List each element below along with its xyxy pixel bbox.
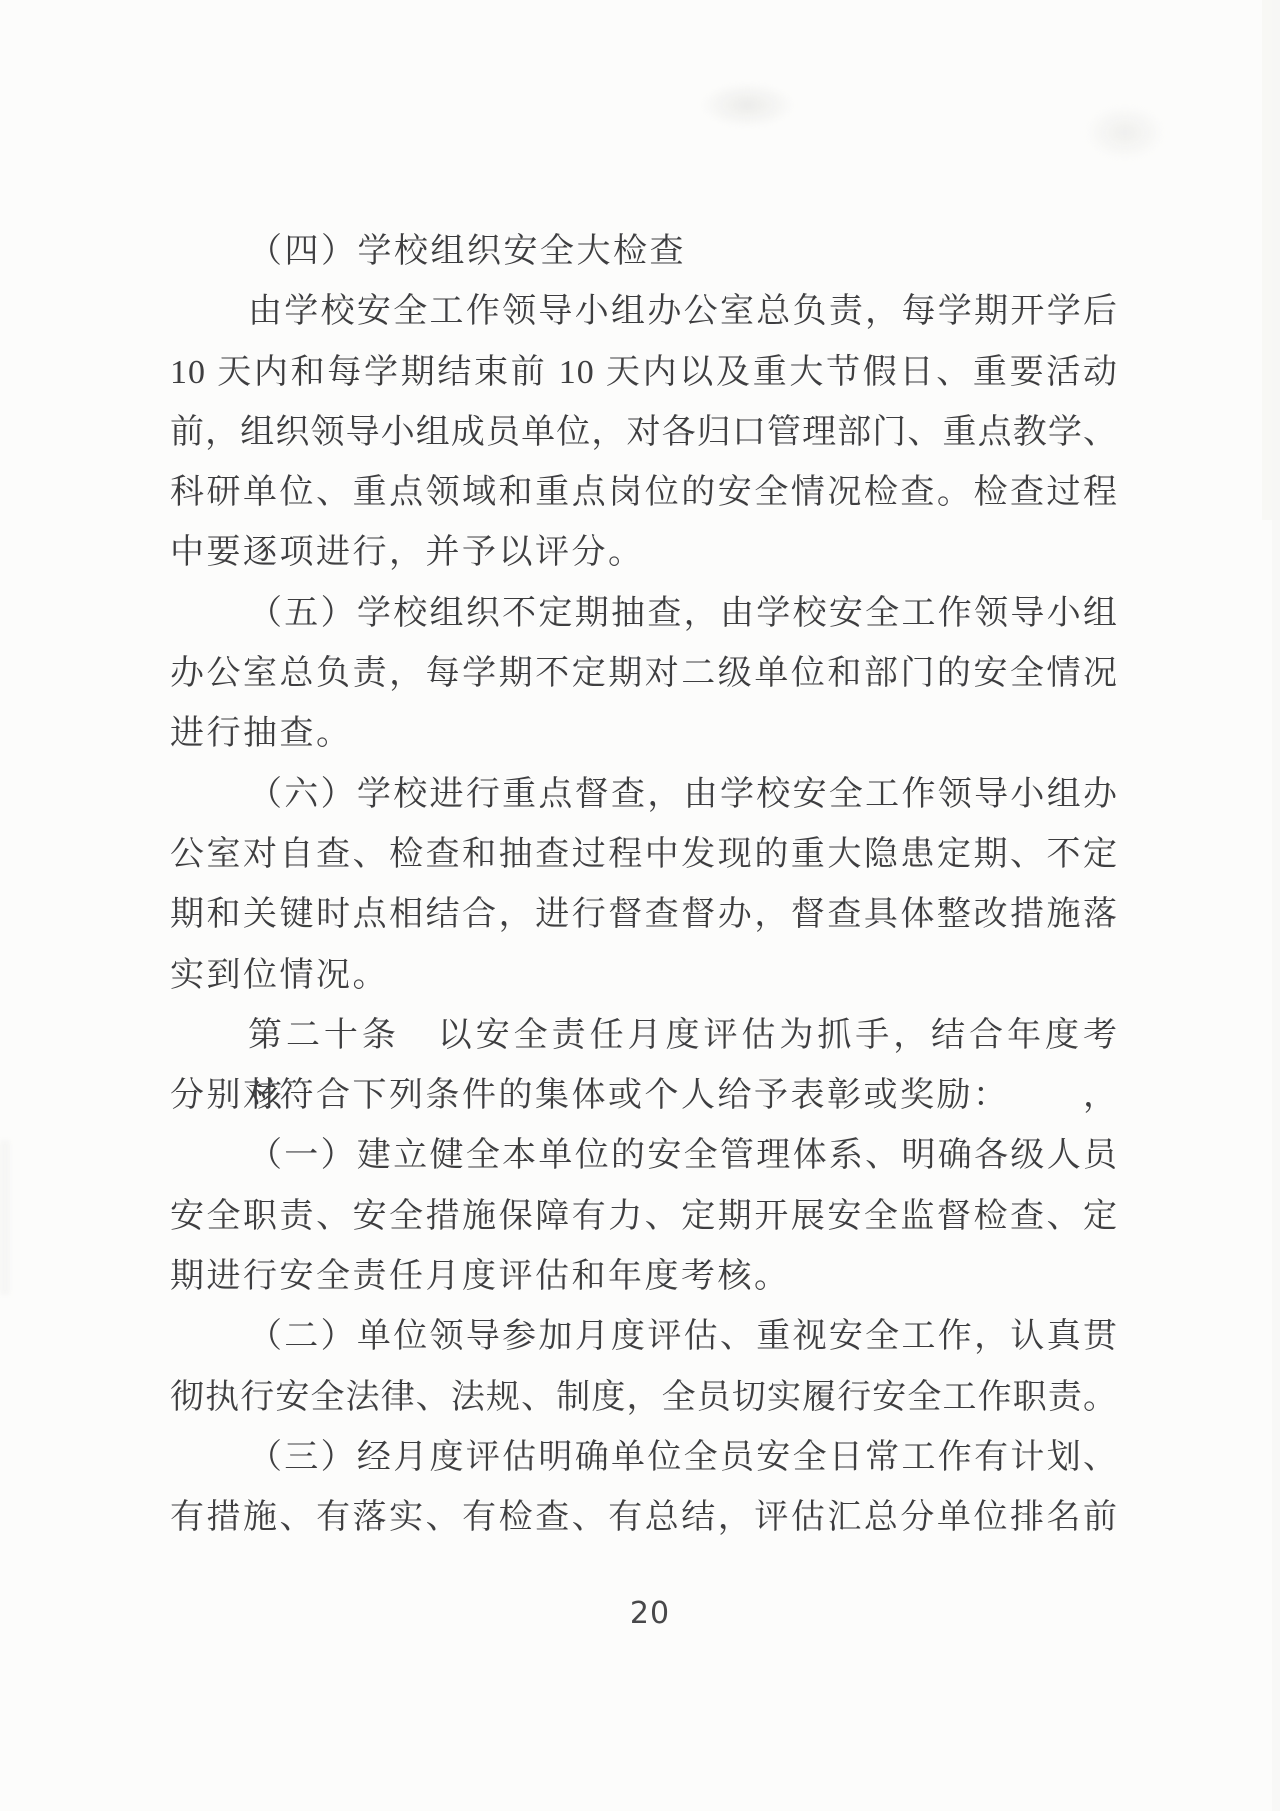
text-line-22: 有措施、有落实、有检查、有总结，评估汇总分单位排名前 <box>170 1488 1118 1548</box>
scan-artifact-smudge <box>700 82 795 128</box>
scan-artifact-right-band <box>1262 0 1280 520</box>
text-line-8: 办公室总负责，每学期不定期对二级单位和部门的安全情况 <box>170 644 1118 704</box>
document-page: （四）学校组织安全大检查由学校安全工作领导小组办公室总负责，每学期开学后10 天… <box>0 0 1280 1811</box>
text-line-5: 科研单位、重点领域和重点岗位的安全情况检查。检查过程 <box>170 463 1118 523</box>
text-line-4: 前，组织领导小组成员单位，对各归口管理部门、重点教学、 <box>170 403 1118 463</box>
scan-artifact-smudge <box>1085 105 1165 160</box>
text-line-12: 期和关键时点相结合，进行督查督办，督查具体整改措施落 <box>170 885 1118 945</box>
text-line-18: 期进行安全责任月度评估和年度考核。 <box>170 1247 1118 1307</box>
text-line-19: （二）单位领导参加月度评估、重视安全工作，认真贯 <box>170 1307 1118 1367</box>
text-line-10: （六）学校进行重点督查，由学校安全工作领导小组办 <box>170 765 1118 825</box>
page-number: 20 <box>570 1596 730 1631</box>
text-line-3: 10 天内和每学期结束前 10 天内以及重大节假日、重要活动 <box>170 343 1118 403</box>
scan-artifact-right-edge <box>1272 0 1280 1811</box>
text-line-7: （五）学校组织不定期抽查，由学校安全工作领导小组 <box>170 584 1118 644</box>
text-line-17: 安全职责、安全措施保障有力、定期开展安全监督检查、定 <box>170 1187 1118 1247</box>
text-line-2: 由学校安全工作领导小组办公室总负责，每学期开学后 <box>170 282 1118 342</box>
text-line-9: 进行抽查。 <box>170 704 1118 764</box>
text-line-11: 公室对自查、检查和抽查过程中发现的重大隐患定期、不定 <box>170 825 1118 885</box>
text-line-16: （一）建立健全本单位的安全管理体系、明确各级人员 <box>170 1126 1118 1186</box>
document-body: （四）学校组织安全大检查由学校安全工作领导小组办公室总负责，每学期开学后10 天… <box>170 222 1118 1549</box>
text-line-14: 第二十条 以安全责任月度评估为抓手，结合年度考核， <box>170 1006 1118 1066</box>
text-line-13: 实到位情况。 <box>170 946 1118 1006</box>
text-line-20: 彻执行安全法律、法规、制度，全员切实履行安全工作职责。 <box>170 1368 1118 1428</box>
scan-artifact-left-strip <box>0 1140 10 1295</box>
text-line-15: 分别对符合下列条件的集体或个人给予表彰或奖励： <box>170 1066 1118 1126</box>
text-line-6: 中要逐项进行，并予以评分。 <box>170 523 1118 583</box>
text-line-21: （三）经月度评估明确单位全员安全日常工作有计划、 <box>170 1428 1118 1488</box>
text-line-1: （四）学校组织安全大检查 <box>170 222 1118 282</box>
